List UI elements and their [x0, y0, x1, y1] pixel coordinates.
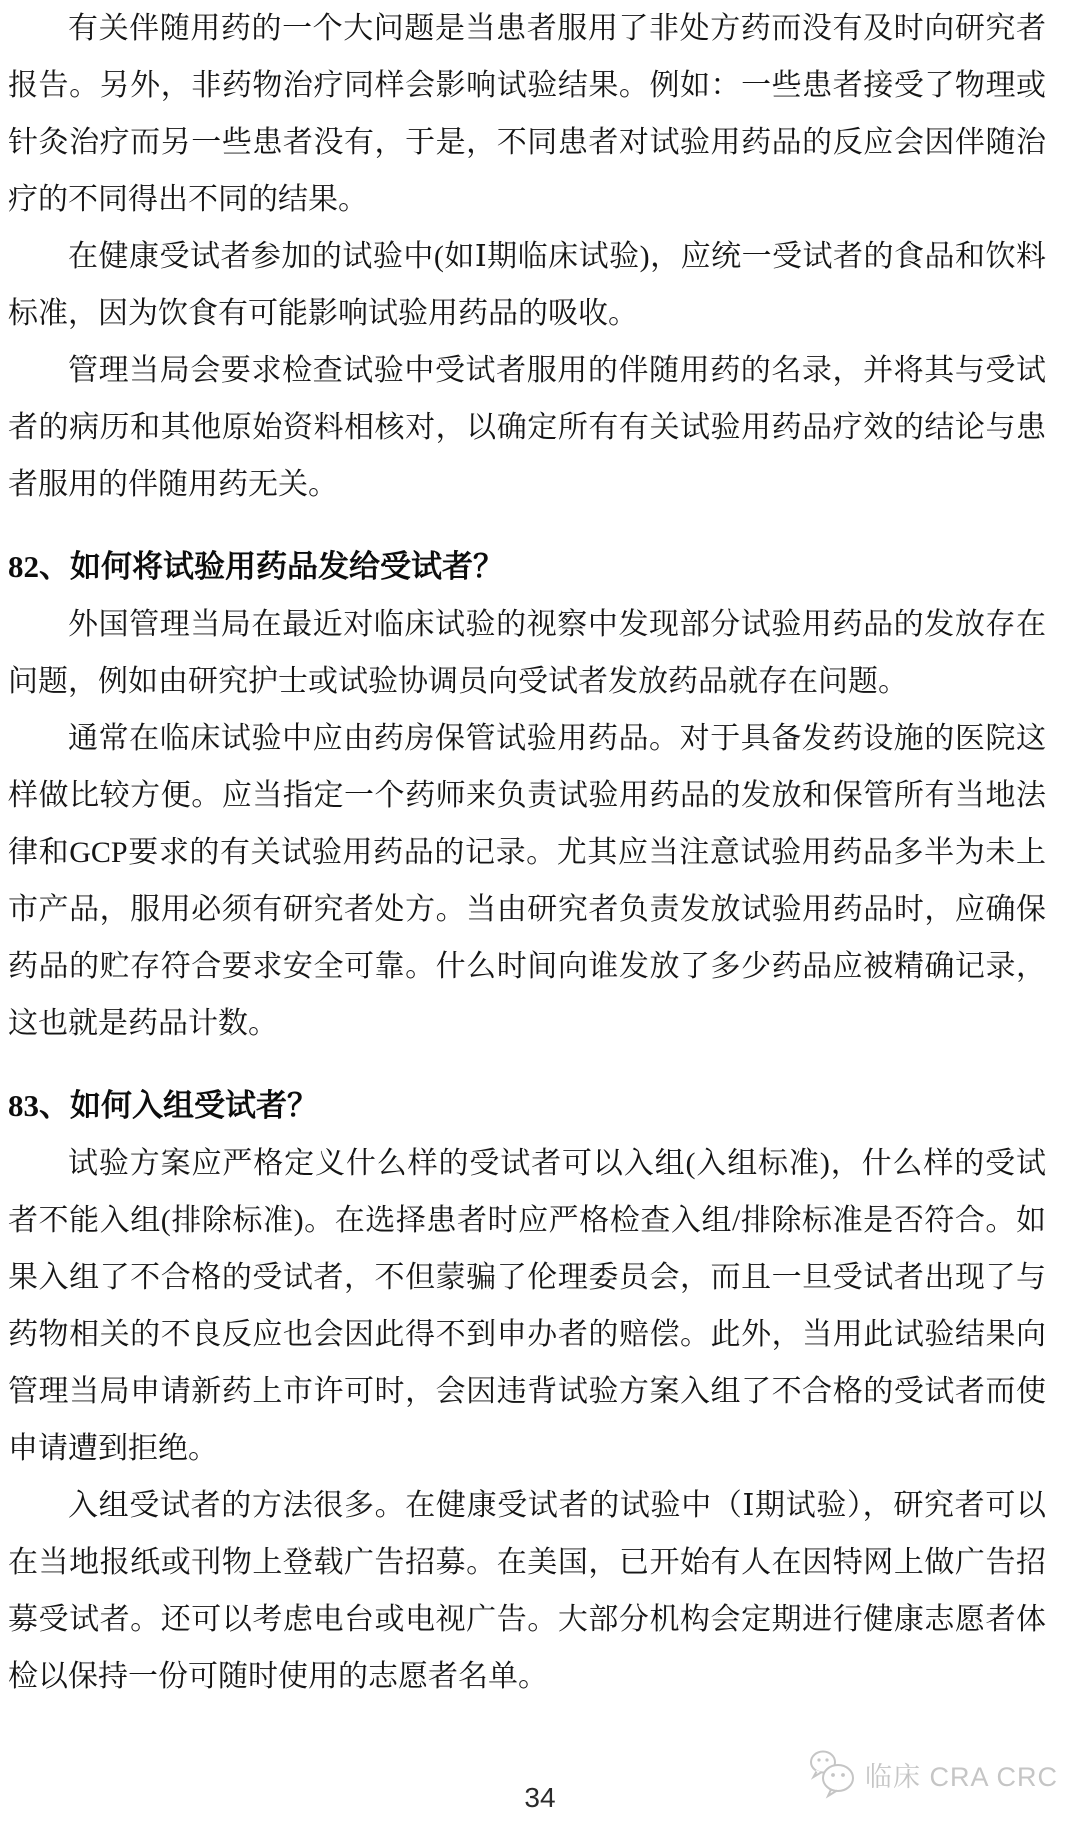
document-body: 有关伴随用药的一个大问题是当患者服用了非处方药而没有及时向研究者报告。另外，非药…: [0, 0, 1080, 1705]
paragraph: 试验方案应严格定义什么样的受试者可以入组(入组标准)，什么样的受试者不能入组(排…: [8, 1135, 1046, 1477]
paragraph: 管理当局会要求检查试验中受试者服用的伴随用药的名录，并将其与受试者的病历和其他原…: [8, 342, 1046, 513]
paragraph: 有关伴随用药的一个大问题是当患者服用了非处方药而没有及时向研究者报告。另外，非药…: [8, 0, 1046, 228]
paragraph: 入组受试者的方法很多。在健康受试者的试验中（Ⅰ期试验），研究者可以在当地报纸或刊…: [8, 1477, 1046, 1705]
paragraph: 通常在临床试验中应由药房保管试验用药品。对于具备发药设施的医院这样做比较方便。应…: [8, 710, 1046, 1052]
paragraph: 在健康受试者参加的试验中(如Ⅰ期临床试验)，应统一受试者的食品和饮料标准，因为饮…: [8, 228, 1046, 342]
paragraph: 外国管理当局在最近对临床试验的视察中发现部分试验用药品的发放存在问题，例如由研究…: [8, 596, 1046, 710]
section-heading: 83、如何入组受试者？: [8, 1077, 1046, 1135]
section-heading: 82、如何将试验用药品发给受试者？: [8, 538, 1046, 596]
page-number: 34: [0, 1782, 1080, 1814]
